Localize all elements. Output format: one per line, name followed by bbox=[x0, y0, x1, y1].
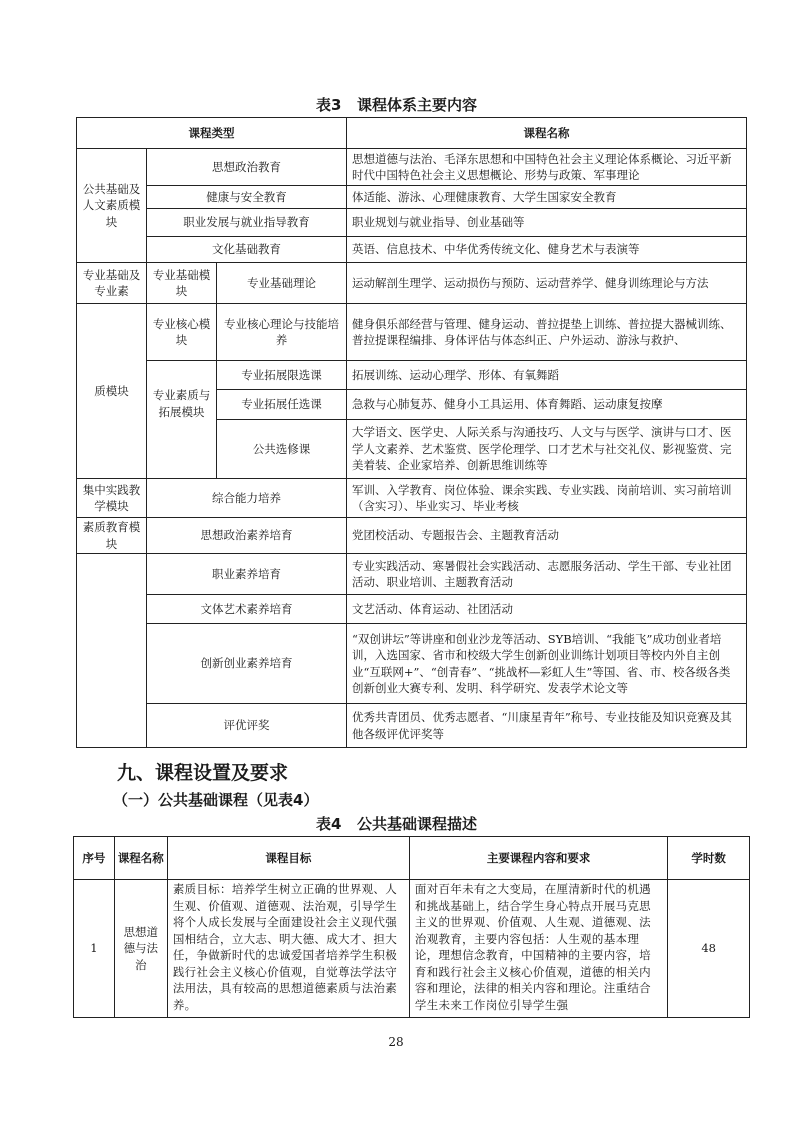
row-course-goal: 素质目标：培养学生树立正确的世界观、人生观、价值观、道德观、法治观，引导学生将个… bbox=[167, 880, 409, 1018]
row-course-content: 面对百年未有之大变局，在厘清新时代的机遇和挑战基础上，结合学生身心特点开展马克思… bbox=[409, 880, 667, 1018]
table-row: 素质教育模块 思想政治素养培育 党团校活动、专题报告会、主题教育活动 bbox=[77, 518, 747, 554]
course-type: 专业基础理论 bbox=[217, 263, 347, 304]
row-course-name: 思想道德与法治 bbox=[114, 880, 167, 1018]
course-names: “双创讲坛”等讲座和创业沙龙等活动、SYB培训、“我能飞”成功创业者培训，入选国… bbox=[347, 624, 747, 704]
course-names: 急救与心肺复苏、健身小工具运用、体育舞蹈、运动康复按摩 bbox=[347, 390, 747, 420]
course-type: 综合能力培养 bbox=[147, 479, 347, 518]
table3-header-row: 课程类型 课程名称 bbox=[77, 118, 747, 149]
table3-header-type: 课程类型 bbox=[77, 118, 347, 149]
submodule-prof-core: 专业核心模块 bbox=[147, 304, 217, 361]
submodule-prof-basic: 专业基础模块 bbox=[147, 263, 217, 304]
course-type: 专业拓展限选课 bbox=[217, 361, 347, 390]
course-names: 英语、信息技术、中华优秀传统文化、健身艺术与表演等 bbox=[347, 237, 747, 263]
course-names: 职业规划与就业指导、创业基础等 bbox=[347, 209, 747, 237]
course-type: 思想政治素养培育 bbox=[147, 518, 347, 554]
course-names: 专业实践活动、寒暑假社会实践活动、志愿服务活动、学生干部、专业社团活动、职业培训… bbox=[347, 554, 747, 595]
group-professional-part1: 专业基础及专业素 bbox=[77, 263, 147, 304]
table-row: 文体艺术素养培育 文艺活动、体育运动、社团活动 bbox=[77, 595, 747, 624]
course-names: 运动解剖生理学、运动损伤与预防、运动营养学、健身训练理论与方法 bbox=[347, 263, 747, 304]
submodule-prof-ext: 专业素质与拓展模块 bbox=[147, 361, 217, 479]
table-row: 健康与安全教育 体适能、游泳、心理健康教育、大学生国家安全教育 bbox=[77, 186, 747, 209]
course-type: 文化基础教育 bbox=[147, 237, 347, 263]
page-number: 28 bbox=[376, 1035, 416, 1049]
course-type: 专业拓展任选课 bbox=[217, 390, 347, 420]
row-hours: 48 bbox=[668, 880, 750, 1018]
table4-caption: 表4 公共基础课程描述 bbox=[0, 813, 793, 834]
group-practice: 集中实践教学模块 bbox=[77, 479, 147, 518]
course-names: 文艺活动、体育运动、社团活动 bbox=[347, 595, 747, 624]
table4-header-course: 课程名称 bbox=[114, 837, 167, 880]
table-row: 公共基础及人文素质模块 思想政治教育 思想道德与法治、毛泽东思想和中国特色社会主… bbox=[77, 149, 747, 186]
table4-header-content: 主要课程内容和要求 bbox=[409, 837, 667, 880]
table4-header-hours: 学时数 bbox=[668, 837, 750, 880]
course-names: 健身俱乐部经营与管理、健身运动、普拉提垫上训练、普拉提大器械训练、普拉提课程编排… bbox=[347, 304, 747, 361]
course-type: 职业素养培育 bbox=[147, 554, 347, 595]
table3: 课程类型 课程名称 公共基础及人文素质模块 思想政治教育 思想道德与法治、毛泽东… bbox=[76, 117, 747, 748]
group-quality: 素质教育模块 bbox=[77, 518, 147, 554]
table4-header-goal: 课程目标 bbox=[167, 837, 409, 880]
course-names: 思想道德与法治、毛泽东思想和中国特色社会主义理论体系概论、习近平新时代中国特色社… bbox=[347, 149, 747, 186]
course-names: 体适能、游泳、心理健康教育、大学生国家安全教育 bbox=[347, 186, 747, 209]
table4-header-index: 序号 bbox=[74, 837, 115, 880]
row-index: 1 bbox=[74, 880, 115, 1018]
section-subheading: （一）公共基础课程（见表4） bbox=[113, 789, 318, 810]
table-row: 职业素养培育 专业实践活动、寒暑假社会实践活动、志愿服务活动、学生干部、专业社团… bbox=[77, 554, 747, 595]
course-type: 健康与安全教育 bbox=[147, 186, 347, 209]
table-row: 评优评奖 优秀共青团员、优秀志愿者、“川康星青年”称号、专业技能及知识竞赛及其他… bbox=[77, 704, 747, 748]
table-row: 专业基础及专业素 专业基础模块 专业基础理论 运动解剖生理学、运动损伤与预防、运… bbox=[77, 263, 747, 304]
course-type: 评优评奖 bbox=[147, 704, 347, 748]
table4: 序号 课程名称 课程目标 主要课程内容和要求 学时数 1 思想道德与法治 素质目… bbox=[73, 836, 750, 1018]
table-row: 创新创业素养培育 “双创讲坛”等讲座和创业沙龙等活动、SYB培训、“我能飞”成功… bbox=[77, 624, 747, 704]
course-names: 大学语文、医学史、人际关系与沟通技巧、人文与与医学、演讲与口才、医学人文素养、艺… bbox=[347, 420, 747, 479]
course-names: 军训、入学教育、岗位体验、课余实践、专业实践、岗前培训、实习前培训（含实习）、毕… bbox=[347, 479, 747, 518]
course-names: 党团校活动、专题报告会、主题教育活动 bbox=[347, 518, 747, 554]
table-row: 1 思想道德与法治 素质目标：培养学生树立正确的世界观、人生观、价值观、道德观、… bbox=[74, 880, 750, 1018]
group-professional-part2: 质模块 bbox=[77, 304, 147, 479]
table-row: 文化基础教育 英语、信息技术、中华优秀传统文化、健身艺术与表演等 bbox=[77, 237, 747, 263]
table-row: 专业素质与拓展模块 专业拓展限选课 拓展训练、运动心理学、形体、有氧舞蹈 bbox=[77, 361, 747, 390]
section-heading: 九、课程设置及要求 bbox=[117, 758, 288, 785]
table3-caption: 表3 课程体系主要内容 bbox=[0, 94, 793, 115]
table-row: 职业发展与就业指导教育 职业规划与就业指导、创业基础等 bbox=[77, 209, 747, 237]
course-type: 专业核心理论与技能培养 bbox=[217, 304, 347, 361]
course-type: 职业发展与就业指导教育 bbox=[147, 209, 347, 237]
course-type: 思想政治教育 bbox=[147, 149, 347, 186]
table4-header-row: 序号 课程名称 课程目标 主要课程内容和要求 学时数 bbox=[74, 837, 750, 880]
course-type: 公共选修课 bbox=[217, 420, 347, 479]
table-row: 质模块 专业核心模块 专业核心理论与技能培养 健身俱乐部经营与管理、健身运动、普… bbox=[77, 304, 747, 361]
course-names: 优秀共青团员、优秀志愿者、“川康星青年”称号、专业技能及知识竞赛及其他各级评优评… bbox=[347, 704, 747, 748]
course-type: 文体艺术素养培育 bbox=[147, 595, 347, 624]
table-row: 集中实践教学模块 综合能力培养 军训、入学教育、岗位体验、课余实践、专业实践、岗… bbox=[77, 479, 747, 518]
table3-header-name: 课程名称 bbox=[347, 118, 747, 149]
group-public: 公共基础及人文素质模块 bbox=[77, 149, 147, 263]
course-type: 创新创业素养培育 bbox=[147, 624, 347, 704]
group-quality-continued bbox=[77, 554, 147, 748]
course-names: 拓展训练、运动心理学、形体、有氧舞蹈 bbox=[347, 361, 747, 390]
